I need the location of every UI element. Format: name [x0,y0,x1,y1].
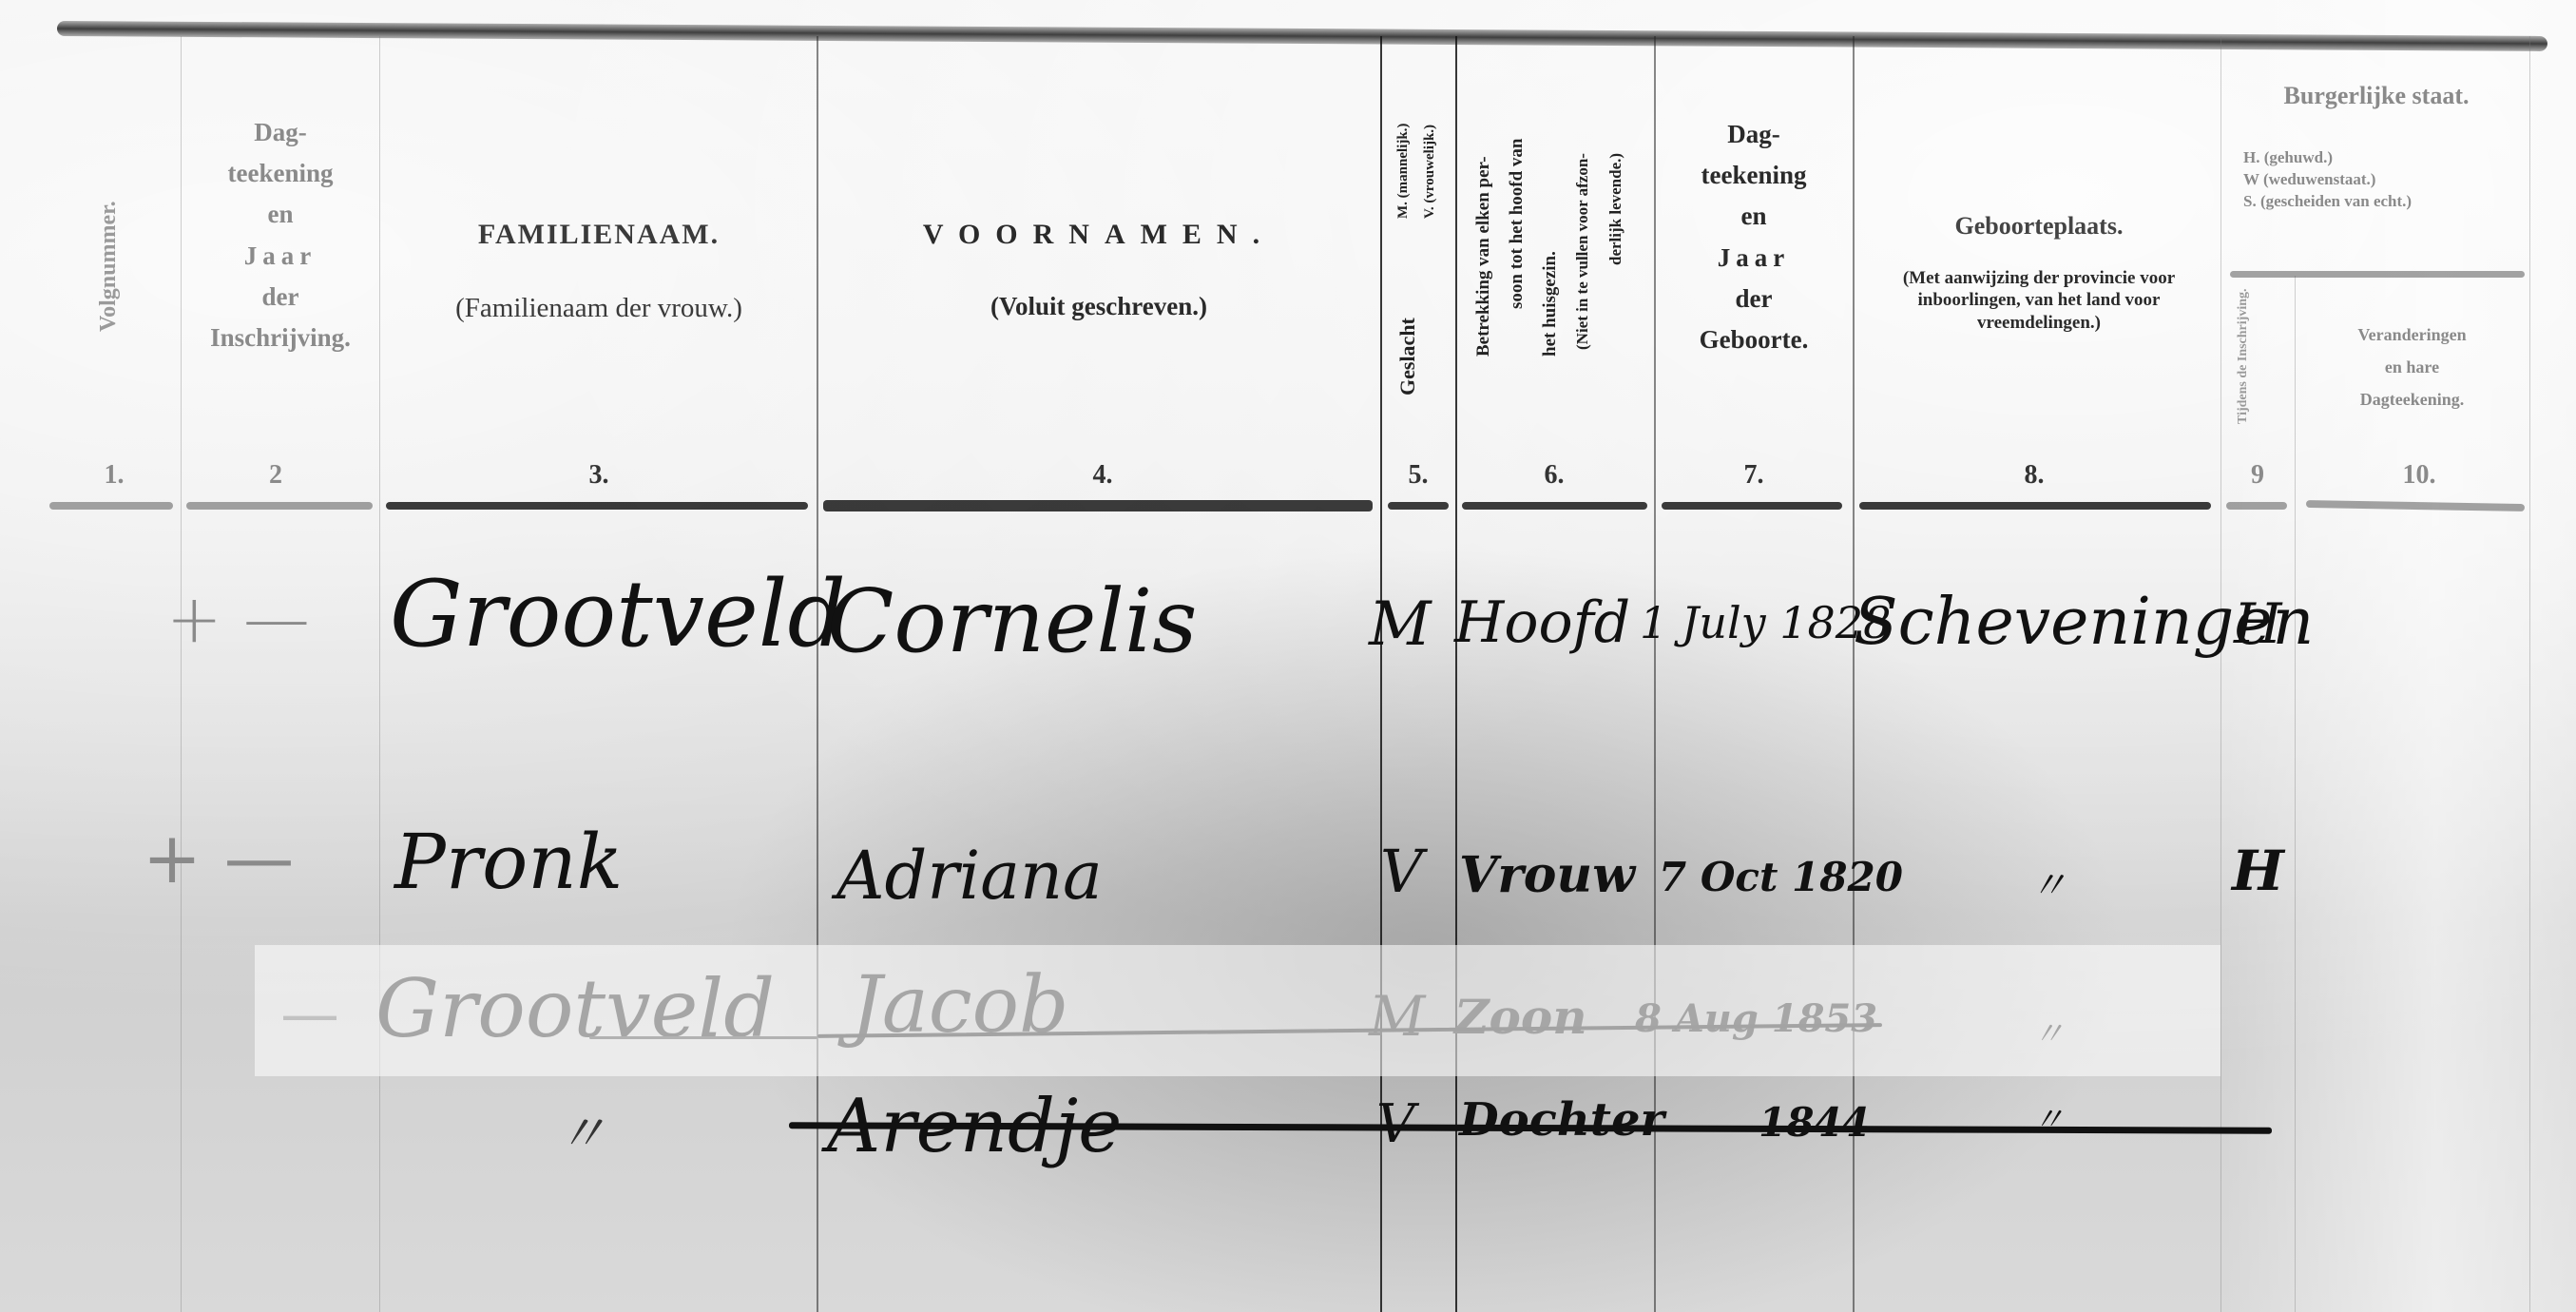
header-geslacht-m: M. (mannelijk.) [1394,71,1412,271]
header-line: teekening [185,153,375,194]
cell-betrekking: Vrouw [1459,846,1635,904]
header-betrekking-2: soon tot het hoofd van [1507,67,1528,380]
cell-betrekking: Hoofd [1454,589,1630,656]
cell-burgerlijke-staat: H [2234,591,2282,656]
header-line: der [185,277,375,318]
header-betrekking-4: (Niet in te vullen voor afzon- [1573,67,1592,437]
cell-geboorteplaats: 〃 [2029,856,2067,910]
header-line: Dag- [1659,114,1849,155]
colnum-4: 4. [1074,460,1131,491]
header-line: Dagteekening. [2300,383,2524,415]
header-betrekking-1: Betrekking van elken per- [1473,67,1495,447]
header-title: Burgerlijke staat. [2224,81,2528,112]
col-divider-9-10 [2295,276,2296,1312]
header-rule-3 [386,502,808,510]
header-line: Dag- [185,112,375,153]
header-title: VOORNAMEN. [823,217,1375,253]
header-rule-5 [1388,502,1449,510]
header-line: Veranderingen [2300,318,2524,351]
row-highlight-box [255,945,2220,1076]
header-rule-6 [1462,502,1647,510]
header-veranderingen: Veranderingen en hare Dagteekening. [2300,318,2524,416]
header-voornamen: VOORNAMEN. (Voluit geschreven.) [823,217,1375,322]
header-geslacht-v: V. (vrouwelijk.) [1421,71,1438,271]
header-dagteekening-inschrijving: Dag- teekening en Jaar der Inschrijving. [185,112,375,358]
colnum-5: 5. [1390,460,1447,491]
colnum-1: 1. [86,460,143,491]
legend-weduwenstaat: W (weduwenstaat.) [2243,169,2528,191]
colnum-3: 3. [570,460,627,491]
col-divider-3-4 [817,36,818,1312]
header-line: der [1659,279,1849,319]
cell-geslacht: V [1380,837,1423,906]
header-line: en [185,194,375,235]
header-line: Jaar [1659,238,1849,279]
civil-status-divider [2230,271,2525,278]
header-subtitle: (Met aanwijzing der provincie voor inboo… [1863,267,2215,335]
colnum-8: 8. [2006,460,2063,491]
row-mark: + — [166,580,310,658]
header-geboorteplaats: Geboorteplaats. (Met aanwijzing der prov… [1863,211,2215,335]
header-rule-4 [823,500,1373,511]
cell-betrekking: Dochter [1459,1093,1664,1147]
header-volgnummer: Volgnummer. [95,162,123,371]
header-rule-1 [49,502,173,510]
cell-familienaam: Pronk [394,818,623,906]
colnum-10: 10. [2391,460,2448,491]
legend-gehuwd: H. (gehuwd.) [2243,147,2528,169]
header-burgerlijke-staat: Burgerlijke staat. [2224,81,2528,112]
header-line: Geboorte. [1659,319,1849,360]
colnum-2: 2 [247,460,304,491]
colnum-7: 7. [1725,460,1782,491]
header-geslacht: Geslacht [1395,285,1420,428]
header-rule-7 [1662,502,1842,510]
header-rule-8 [1859,502,2211,510]
cell-burgerlijke-staat: H [2232,839,2284,903]
header-subtitle: (Voluit geschreven.) [823,291,1375,323]
col-divider-1-2 [181,36,182,1312]
cell-voornamen: Adriana [836,837,1103,915]
header-line: en [1659,196,1849,237]
header-betrekking-5: derlijk levende.) [1606,95,1625,323]
col-divider-2-3 [379,36,380,1312]
register-page: Volgnummer. 1. Dag- teekening en Jaar de… [0,0,2576,1312]
cell-familienaam: 〃 [556,1093,607,1167]
header-rule-10 [2306,500,2525,511]
header-line: teekening [1659,155,1849,196]
civil-status-legend: H. (gehuwd.) W (weduwenstaat.) S. (gesch… [2243,147,2528,213]
top-border-rule [57,21,2547,51]
cell-voornamen: Cornelis [827,570,1198,672]
row-mark: + — [143,818,295,899]
colnum-9: 9 [2229,460,2286,491]
header-line: Jaar [185,236,375,277]
header-tijdens-inschrijving: Tijdens de Inschrijving. [2236,285,2252,428]
colnum-6: 6. [1526,460,1583,491]
cell-geslacht: M [1369,589,1432,660]
cell-geboortedatum: 1844 [1759,1099,1870,1146]
cell-geboortedatum: 7 Oct 1820 [1659,854,1903,900]
header-line: Inschrijving. [185,318,375,358]
header-rule-9 [2226,502,2287,510]
header-dagteekening-geboorte: Dag- teekening en Jaar der Geboorte. [1659,114,1849,360]
legend-gescheiden: S. (gescheiden van echt.) [2243,191,2528,213]
header-betrekking-3: het huisgezin. [1540,209,1562,399]
header-familienaam: FAMILIENAAM. (Familienaam der vrouw.) [385,217,813,325]
cell-familienaam: Grootveld [390,561,846,667]
header-title: FAMILIENAAM. [385,217,813,253]
header-line: en hare [2300,351,2524,383]
col-divider-5-6 [1455,36,1457,1312]
col-divider-right [2529,36,2530,1312]
header-title: Geboorteplaats. [1863,211,2215,242]
col-divider-8-9 [2220,36,2221,1312]
header-rule-2 [186,502,373,510]
header-subtitle: (Familienaam der vrouw.) [385,291,813,325]
